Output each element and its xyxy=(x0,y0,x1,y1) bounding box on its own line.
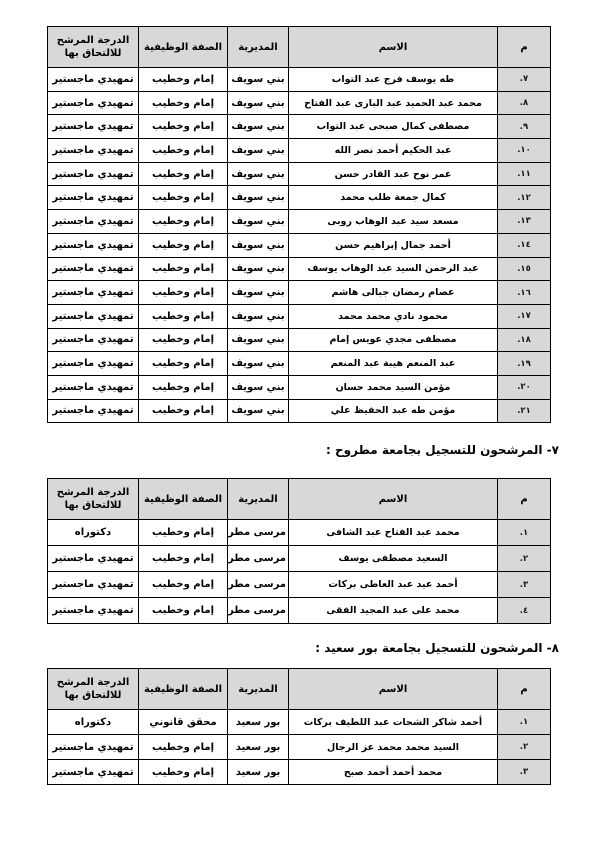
cell-name: أحمد شاكر الشحات عبد اللطيف بركات xyxy=(289,710,498,735)
cell-directorate: بني سويف xyxy=(228,399,289,423)
cell-directorate: بني سويف xyxy=(228,375,289,399)
cell-directorate: بني سويف xyxy=(228,233,289,257)
table-row: ٢.السعيد مصطفى يوسفمرسى مطروحإمام وخطيبت… xyxy=(48,546,551,572)
table-row: ٣.أحمد عيد عبد العاطى بركاتمرسى مطروحإما… xyxy=(48,572,551,598)
cell-directorate: بني سويف xyxy=(228,91,289,115)
cell-name: محمد أحمد أحمد صبح xyxy=(289,760,498,785)
cell-directorate: مرسى مطروح xyxy=(228,546,289,572)
col-header-name: الاسم xyxy=(289,27,498,68)
cell-job: إمام وخطيب xyxy=(139,760,228,785)
cell-num: ٢١. xyxy=(498,399,551,423)
table-row: ٩.مصطفى كمال صبحى عبد التواببني سويفإمام… xyxy=(48,115,551,139)
header-row: مالاسمالمديريةالصفة الوظيفيةالدرجة المرش… xyxy=(48,27,551,68)
table-row: ١٨.مصطفى مجدي عويس إمامبني سويفإمام وخطي… xyxy=(48,328,551,352)
cell-name: مؤمن السيد محمد حسان xyxy=(289,375,498,399)
col-header-num: م xyxy=(498,479,551,520)
col-header-degree: الدرجة المرشح للالتحاق بها xyxy=(48,27,139,68)
table-row: ١٢.كمال جمعة طلب محمدبني سويفإمام وخطيبت… xyxy=(48,186,551,210)
table-port-said-candidates: مالاسمالمديريةالصفة الوظيفيةالدرجة المرش… xyxy=(47,668,550,785)
cell-job: محقق قانوني xyxy=(139,710,228,735)
cell-num: ٣. xyxy=(498,572,551,598)
col-header-job: الصفة الوظيفية xyxy=(139,27,228,68)
cell-num: ١٥. xyxy=(498,257,551,281)
table-row: ١٤.أحمد جمال إبراهيم حسنبني سويفإمام وخط… xyxy=(48,233,551,257)
cell-directorate: بني سويف xyxy=(228,257,289,281)
cell-degree: تمهيدي ماجستير xyxy=(48,328,139,352)
cell-num: ١. xyxy=(498,520,551,546)
cell-job: إمام وخطيب xyxy=(139,257,228,281)
cell-job: إمام وخطيب xyxy=(139,304,228,328)
cell-num: ١٨. xyxy=(498,328,551,352)
cell-directorate: مرسى مطروح xyxy=(228,572,289,598)
cell-directorate: بني سويف xyxy=(228,139,289,163)
cell-directorate: مرسى مطروح xyxy=(228,598,289,624)
table-row: ٤.محمد على عبد المجيد الفقىمرسى مطروحإما… xyxy=(48,598,551,624)
cell-num: ١٤. xyxy=(498,233,551,257)
cell-name: مصطفى كمال صبحى عبد التواب xyxy=(289,115,498,139)
col-header-job: الصفة الوظيفية xyxy=(139,479,228,520)
cell-name: مسعد سيد عبد الوهاب روبى xyxy=(289,210,498,234)
col-header-degree: الدرجة المرشح للالتحاق بها xyxy=(48,669,139,710)
cell-directorate: بور سعيد xyxy=(228,735,289,760)
table-row: ٢.السيد محمد محمد عز الرجالبور سعيدإمام … xyxy=(48,735,551,760)
table-row: ٣.محمد أحمد أحمد صبحبور سعيدإمام وخطيبتم… xyxy=(48,760,551,785)
cell-degree: تمهيدي ماجستير xyxy=(48,91,139,115)
cell-name: محمد عبد الفتاح عبد الشافى xyxy=(289,520,498,546)
cell-directorate: بني سويف xyxy=(228,304,289,328)
table-row: ١١.عمر نوح عبد القادر حسنبني سويفإمام وخ… xyxy=(48,162,551,186)
table-row: ١٠.عبد الحكيم أحمد نصر اللهبني سويفإمام … xyxy=(48,139,551,163)
cell-num: ١٢. xyxy=(498,186,551,210)
table-row: ٨.محمد عبد الحميد عبد البارى عبد الفتاحب… xyxy=(48,91,551,115)
cell-name: عبد المنعم هيبة عبد المنعم xyxy=(289,352,498,376)
cell-directorate: بني سويف xyxy=(228,281,289,305)
cell-num: ١٠. xyxy=(498,139,551,163)
table-row: ١٣.مسعد سيد عبد الوهاب روبىبني سويفإمام … xyxy=(48,210,551,234)
cell-degree: تمهيدي ماجستير xyxy=(48,186,139,210)
cell-name: محمد على عبد المجيد الفقى xyxy=(289,598,498,624)
col-header-num: م xyxy=(498,669,551,710)
cell-num: ٢٠. xyxy=(498,375,551,399)
cell-job: إمام وخطيب xyxy=(139,352,228,376)
cell-degree: تمهيدي ماجستير xyxy=(48,760,139,785)
table-row: ١٧.محمود نادي محمد محمدبني سويفإمام وخطي… xyxy=(48,304,551,328)
section-8-heading: ٨- المرشحون للتسجيل بجامعة بور سعيد : xyxy=(315,641,559,655)
cell-num: ٣. xyxy=(498,760,551,785)
cell-num: ١٦. xyxy=(498,281,551,305)
cell-name: محمود نادي محمد محمد xyxy=(289,304,498,328)
cell-directorate: مرسى مطروح xyxy=(228,520,289,546)
cell-degree: تمهيدي ماجستير xyxy=(48,115,139,139)
cell-directorate: بور سعيد xyxy=(228,710,289,735)
table-row: ١.محمد عبد الفتاح عبد الشافىمرسى مطروحإم… xyxy=(48,520,551,546)
header-row: مالاسمالمديريةالصفة الوظيفيةالدرجة المرش… xyxy=(48,479,551,520)
cell-name: طه يوسف فرج عبد التواب xyxy=(289,68,498,92)
cell-degree: تمهيدي ماجستير xyxy=(48,210,139,234)
cell-degree: تمهيدي ماجستير xyxy=(48,399,139,423)
cell-directorate: بني سويف xyxy=(228,186,289,210)
cell-num: ١٧. xyxy=(498,304,551,328)
table-row: ١٦.عصام رمضان جبالى هاشمبني سويفإمام وخط… xyxy=(48,281,551,305)
cell-directorate: بني سويف xyxy=(228,210,289,234)
cell-job: إمام وخطيب xyxy=(139,281,228,305)
cell-job: إمام وخطيب xyxy=(139,328,228,352)
col-header-degree: الدرجة المرشح للالتحاق بها xyxy=(48,479,139,520)
cell-job: إمام وخطيب xyxy=(139,139,228,163)
section-7-heading: ٧- المرشحون للتسجيل بجامعة مطروح : xyxy=(326,443,559,457)
cell-job: إمام وخطيب xyxy=(139,162,228,186)
cell-name: السيد محمد محمد عز الرجال xyxy=(289,735,498,760)
col-header-name: الاسم xyxy=(289,669,498,710)
table-row: ١.أحمد شاكر الشحات عبد اللطيف بركاتبور س… xyxy=(48,710,551,735)
cell-directorate: بني سويف xyxy=(228,162,289,186)
table-row: ٢١.مؤمن طه عبد الحفيظ عليبني سويفإمام وخ… xyxy=(48,399,551,423)
cell-degree: تمهيدي ماجستير xyxy=(48,375,139,399)
cell-degree: تمهيدي ماجستير xyxy=(48,139,139,163)
cell-degree: تمهيدي ماجستير xyxy=(48,233,139,257)
candidates-table: مالاسمالمديريةالصفة الوظيفيةالدرجة المرش… xyxy=(47,26,551,423)
table-row: ٢٠.مؤمن السيد محمد حسانبني سويفإمام وخطي… xyxy=(48,375,551,399)
table-matrouh-candidates: مالاسمالمديريةالصفة الوظيفيةالدرجة المرش… xyxy=(47,478,550,624)
cell-name: محمد عبد الحميد عبد البارى عبد الفتاح xyxy=(289,91,498,115)
cell-name: مؤمن طه عبد الحفيظ علي xyxy=(289,399,498,423)
cell-num: ١٣. xyxy=(498,210,551,234)
cell-name: السعيد مصطفى يوسف xyxy=(289,546,498,572)
cell-num: ٧. xyxy=(498,68,551,92)
table-row: ١٥.عبد الرحمن السيد عبد الوهاب يوسفبني س… xyxy=(48,257,551,281)
cell-num: ١١. xyxy=(498,162,551,186)
cell-job: إمام وخطيب xyxy=(139,735,228,760)
cell-num: ٢. xyxy=(498,546,551,572)
header-row: مالاسمالمديريةالصفة الوظيفيةالدرجة المرش… xyxy=(48,669,551,710)
cell-name: عبد الحكيم أحمد نصر الله xyxy=(289,139,498,163)
cell-degree: تمهيدي ماجستير xyxy=(48,546,139,572)
cell-directorate: بور سعيد xyxy=(228,760,289,785)
cell-num: ٤. xyxy=(498,598,551,624)
document-page: مالاسمالمديريةالصفة الوظيفيةالدرجة المرش… xyxy=(0,0,595,842)
cell-job: إمام وخطيب xyxy=(139,399,228,423)
cell-degree: دكتوراه xyxy=(48,710,139,735)
col-header-directorate: المديرية xyxy=(228,27,289,68)
cell-job: إمام وخطيب xyxy=(139,598,228,624)
cell-degree: تمهيدي ماجستير xyxy=(48,304,139,328)
candidates-table: مالاسمالمديريةالصفة الوظيفيةالدرجة المرش… xyxy=(47,668,551,785)
candidates-table: مالاسمالمديريةالصفة الوظيفيةالدرجة المرش… xyxy=(47,478,551,624)
col-header-directorate: المديرية xyxy=(228,479,289,520)
cell-job: إمام وخطيب xyxy=(139,186,228,210)
cell-num: ١. xyxy=(498,710,551,735)
cell-name: أحمد جمال إبراهيم حسن xyxy=(289,233,498,257)
cell-degree: تمهيدي ماجستير xyxy=(48,162,139,186)
cell-num: ١٩. xyxy=(498,352,551,376)
cell-degree: تمهيدي ماجستير xyxy=(48,257,139,281)
cell-degree: تمهيدي ماجستير xyxy=(48,281,139,305)
table-beni-suef-candidates: مالاسمالمديريةالصفة الوظيفيةالدرجة المرش… xyxy=(47,26,550,423)
cell-degree: تمهيدي ماجستير xyxy=(48,735,139,760)
col-header-directorate: المديرية xyxy=(228,669,289,710)
col-header-name: الاسم xyxy=(289,479,498,520)
cell-job: إمام وخطيب xyxy=(139,233,228,257)
cell-job: إمام وخطيب xyxy=(139,572,228,598)
cell-name: عبد الرحمن السيد عبد الوهاب يوسف xyxy=(289,257,498,281)
cell-job: إمام وخطيب xyxy=(139,115,228,139)
cell-directorate: بني سويف xyxy=(228,328,289,352)
cell-num: ٨. xyxy=(498,91,551,115)
cell-degree: تمهيدي ماجستير xyxy=(48,598,139,624)
cell-job: إمام وخطيب xyxy=(139,520,228,546)
cell-directorate: بني سويف xyxy=(228,68,289,92)
cell-job: إمام وخطيب xyxy=(139,91,228,115)
cell-job: إمام وخطيب xyxy=(139,210,228,234)
col-header-num: م xyxy=(498,27,551,68)
cell-num: ٢. xyxy=(498,735,551,760)
cell-name: كمال جمعة طلب محمد xyxy=(289,186,498,210)
cell-num: ٩. xyxy=(498,115,551,139)
cell-degree: دكتوراه xyxy=(48,520,139,546)
cell-name: أحمد عيد عبد العاطى بركات xyxy=(289,572,498,598)
cell-job: إمام وخطيب xyxy=(139,68,228,92)
cell-directorate: بني سويف xyxy=(228,115,289,139)
cell-degree: تمهيدي ماجستير xyxy=(48,352,139,376)
cell-degree: تمهيدي ماجستير xyxy=(48,572,139,598)
table-row: ١٩.عبد المنعم هيبة عبد المنعمبني سويفإما… xyxy=(48,352,551,376)
cell-name: مصطفى مجدي عويس إمام xyxy=(289,328,498,352)
col-header-job: الصفة الوظيفية xyxy=(139,669,228,710)
cell-job: إمام وخطيب xyxy=(139,375,228,399)
cell-directorate: بني سويف xyxy=(228,352,289,376)
cell-name: عصام رمضان جبالى هاشم xyxy=(289,281,498,305)
table-row: ٧.طه يوسف فرج عبد التواببني سويفإمام وخط… xyxy=(48,68,551,92)
cell-job: إمام وخطيب xyxy=(139,546,228,572)
cell-degree: تمهيدي ماجستير xyxy=(48,68,139,92)
cell-name: عمر نوح عبد القادر حسن xyxy=(289,162,498,186)
